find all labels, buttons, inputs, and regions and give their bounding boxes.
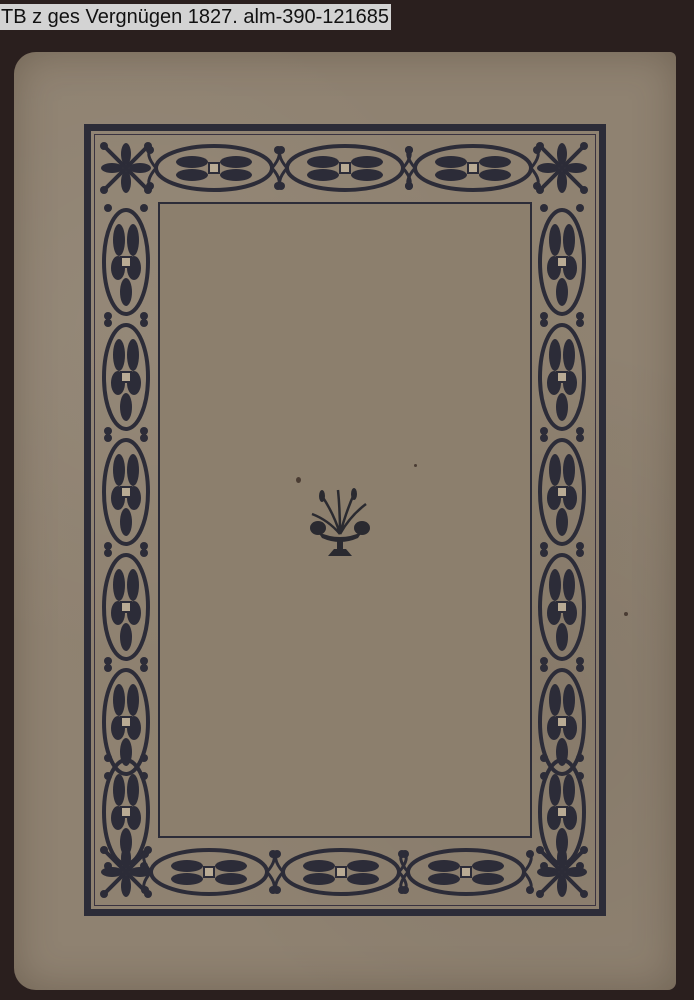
foxing-spot (414, 464, 417, 467)
image-caption: TB z ges Vergnügen 1827. alm-390-121685 (0, 4, 391, 30)
vase-with-plants-icon (304, 484, 376, 560)
foxing-spot (296, 477, 301, 483)
book-cover (14, 52, 676, 990)
foxing-spot (624, 612, 628, 616)
